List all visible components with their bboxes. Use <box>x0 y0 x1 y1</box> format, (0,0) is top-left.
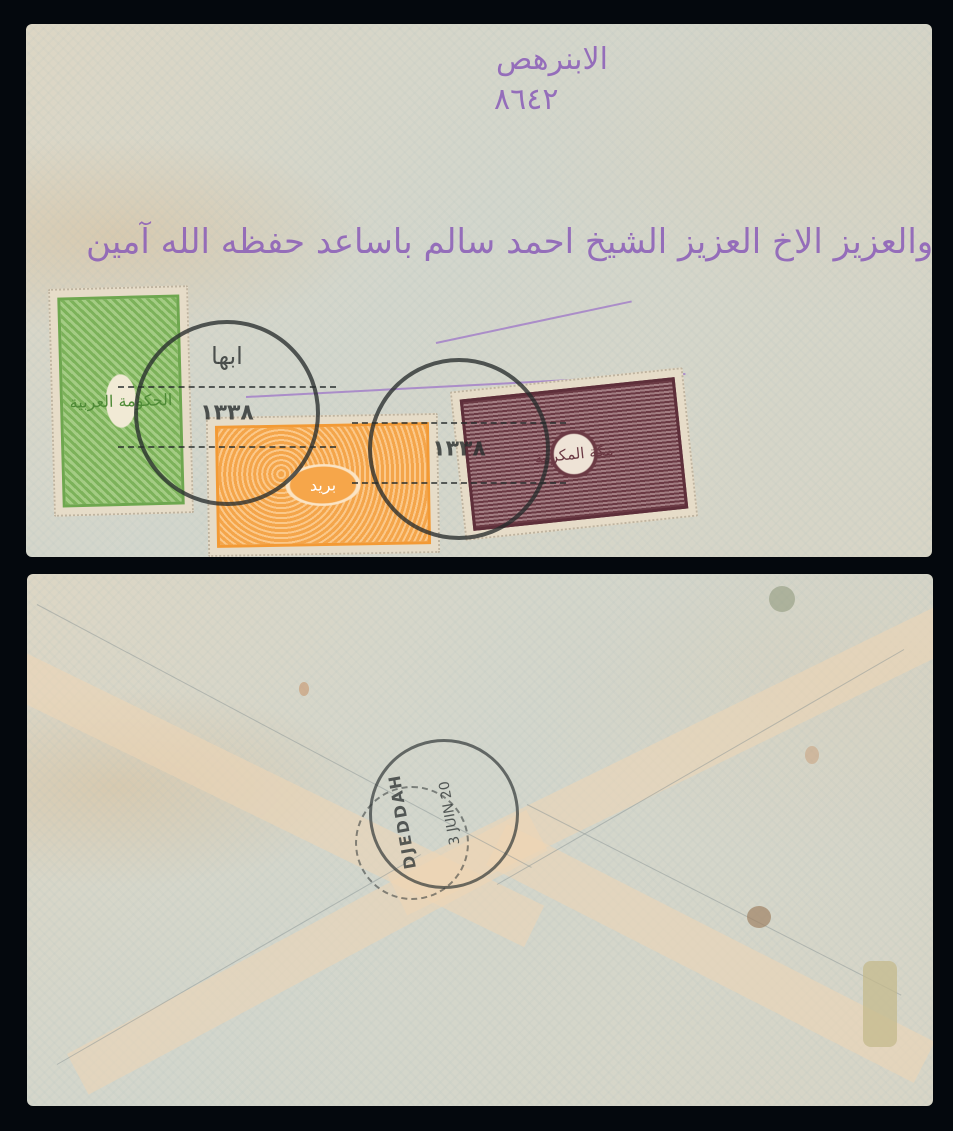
stain-spot <box>747 906 771 928</box>
stain-spot <box>769 586 795 612</box>
postmark-bar <box>352 422 566 426</box>
postmark-town: ابها <box>138 342 316 370</box>
postmark-date: ١٣٣٨ <box>372 437 546 462</box>
postmark-left: ابها ١٣٣٨ <box>134 320 320 506</box>
hinge-remnant <box>863 961 897 1047</box>
annotation-number: ٨٦٤٢ <box>494 82 558 117</box>
backstamp-date: 3 JUIN 20 <box>430 741 471 886</box>
postmark-middle: ١٣٣٨ <box>368 358 550 540</box>
stain-spot <box>805 746 819 764</box>
underline-stroke <box>436 300 632 344</box>
cover-front: الابنرهص ٨٦٤٢ بيد السيد الاكرم والعزيز ا… <box>26 24 932 557</box>
postmark-bar <box>118 386 336 390</box>
handwritten-address: بيد السيد الاكرم والعزيز الاخ العزيز الش… <box>86 222 932 262</box>
postmark-date: ١٣٣٨ <box>138 401 316 426</box>
cover-back: DJEDDAH 3 JUIN 20 <box>27 574 933 1106</box>
flap-edge <box>57 854 421 1065</box>
postmark-bar <box>118 446 336 450</box>
flap-edge <box>497 649 905 885</box>
stain-spot <box>299 682 309 696</box>
postmark-bar <box>352 482 566 486</box>
annotation-reference: الابنرهص <box>496 42 608 77</box>
